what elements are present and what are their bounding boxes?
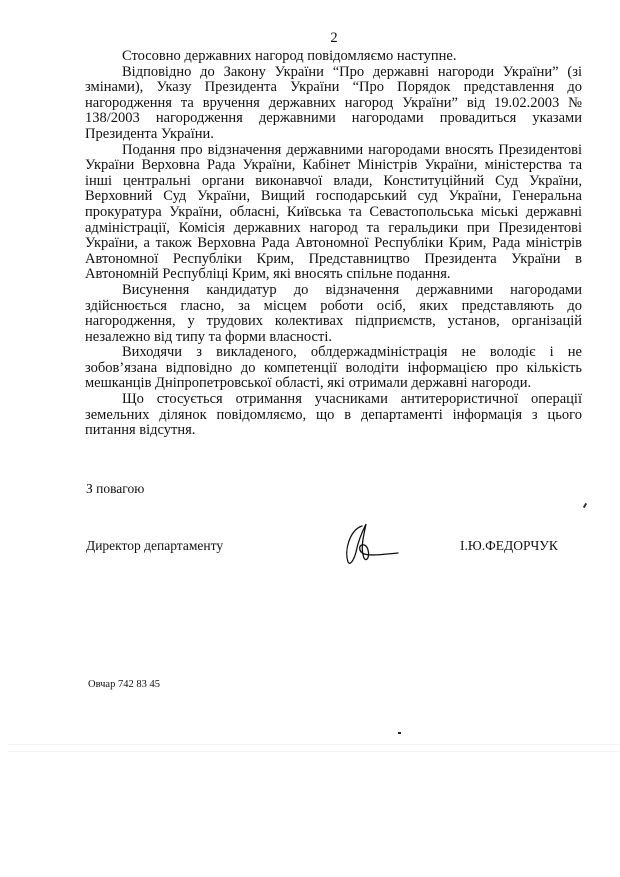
paragraph-nomination: Висунення кандидатур до відзначення держ… [85, 283, 582, 345]
signatory-title: Директор департаменту [86, 538, 223, 554]
paragraph-intro: Стосовно державних нагород повідомляємо … [85, 49, 582, 65]
closing-phrase: З повагою [86, 481, 144, 497]
paragraph-conclusion: Виходячи з викладеного, облдержадміністр… [85, 345, 582, 392]
paragraph-land-plots: Що стосується отримання учасниками антит… [85, 392, 582, 439]
scan-artifact-line [8, 751, 620, 752]
executor-contact: Овчар 742 83 45 [88, 679, 160, 690]
paragraph-submitters: Подання про відзначення державними нагор… [85, 143, 582, 283]
scan-mark [583, 503, 587, 508]
signatory-name: І.Ю.ФЕДОРЧУК [460, 538, 558, 554]
paragraph-legal-basis: Відповідно до Закону України “Про держав… [85, 65, 582, 143]
scan-dot [398, 732, 401, 734]
scan-artifact-line [8, 744, 620, 745]
letter-body: Стосовно державних нагород повідомляємо … [85, 49, 582, 439]
page-number: 2 [0, 30, 620, 47]
signature-icon [340, 520, 400, 568]
